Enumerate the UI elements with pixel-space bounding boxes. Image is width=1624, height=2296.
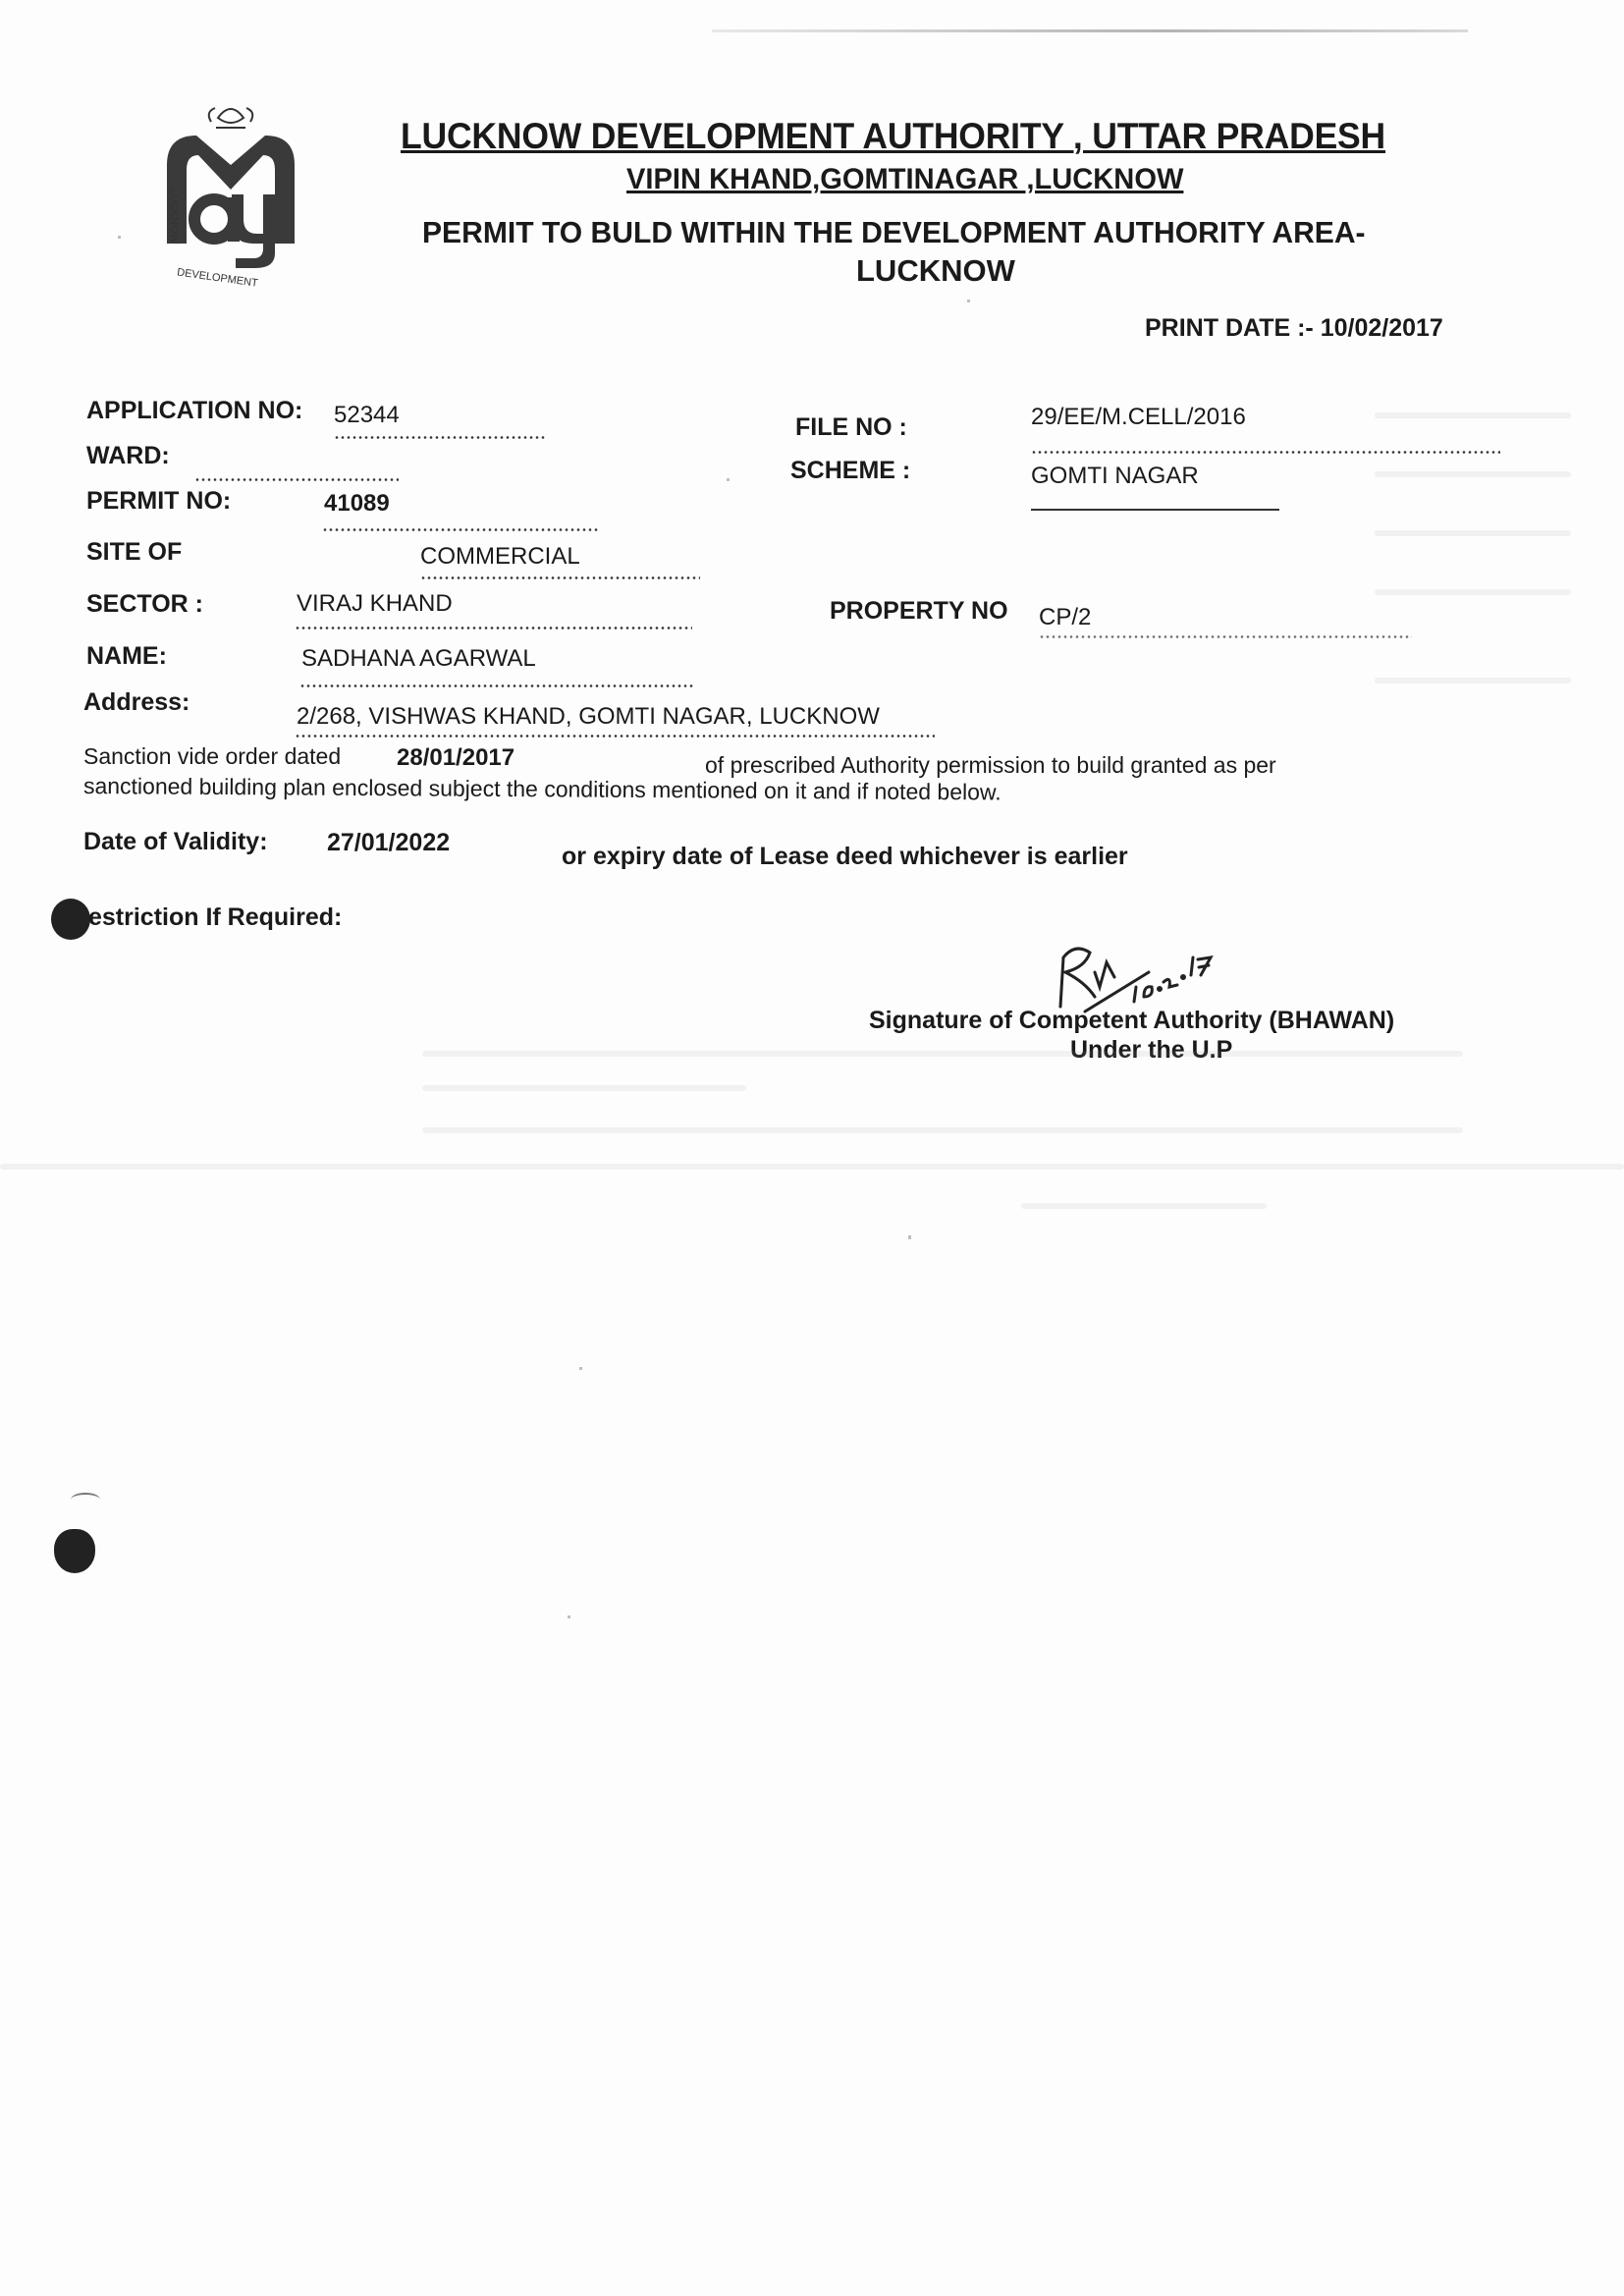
scheme-label: SCHEME : — [790, 457, 910, 485]
scan-speck — [967, 300, 970, 302]
print-date-value: 10/02/2017 — [1321, 314, 1443, 342]
scheme-underline — [1031, 509, 1279, 511]
permit-title-line2: LUCKNOW — [856, 253, 1015, 289]
sector-value: VIRAJ KHAND — [297, 590, 453, 618]
punch-hole-mark — [51, 899, 90, 940]
sanction-line2: sanctioned building plan enclosed subjec… — [83, 773, 1001, 806]
validity-note: or expiry date of Lease deed whichever i… — [562, 843, 1128, 871]
name-value: SADHANA AGARWAL — [301, 645, 536, 673]
svg-text:LUCKNOW: LUCKNOW — [168, 189, 180, 245]
scan-edge-line — [712, 29, 1468, 32]
file-no-value: 29/EE/M.CELL/2016 — [1031, 404, 1246, 431]
signature-caption: Signature of Competent Authority (BHAWAN… — [869, 1007, 1394, 1035]
property-no-underline — [1039, 635, 1412, 638]
property-no-label: PROPERTY NO — [830, 597, 1008, 626]
site-of-value: COMMERCIAL — [420, 543, 580, 571]
application-no-underline — [334, 436, 545, 439]
permit-no-value: 41089 — [324, 490, 390, 518]
validity-date: 27/01/2022 — [327, 829, 450, 857]
scan-speck — [579, 1367, 582, 1370]
sector-underline — [295, 627, 692, 629]
scan-speck — [568, 1615, 570, 1618]
application-no-label: APPLICATION NO: — [86, 397, 302, 425]
lda-emblem-icon: LUCKNOW DEVELOPMENT AUTHORITY — [137, 96, 324, 293]
permit-no-label: PERMIT NO: — [86, 487, 231, 516]
scheme-value: GOMTI NAGAR — [1031, 463, 1199, 490]
print-date: PRINT DATE :- 10/02/2017 — [1145, 314, 1443, 343]
address-value: 2/268, VISHWAS KHAND, GOMTI NAGAR, LUCKN… — [297, 703, 880, 731]
punch-hole-edge — [71, 1493, 100, 1506]
restriction-label: estriction If Required: — [88, 903, 342, 932]
print-date-label: PRINT DATE :- — [1145, 314, 1314, 342]
scan-speck — [727, 478, 730, 481]
scan-speck — [908, 1235, 911, 1239]
property-no-value: CP/2 — [1039, 604, 1091, 631]
permit-no-underline — [322, 528, 599, 531]
address-label: Address: — [83, 688, 189, 717]
site-of-underline — [420, 576, 700, 579]
ward-underline — [194, 478, 399, 481]
address-underline — [295, 735, 935, 738]
handwritten-signature-icon — [1046, 928, 1242, 1016]
file-no-underline — [1031, 451, 1500, 454]
svg-text:DEVELOPMENT: DEVELOPMENT — [176, 266, 258, 289]
name-underline — [299, 684, 694, 687]
sector-label: SECTOR : — [86, 590, 203, 619]
permit-title-line1: PERMIT TO BULD WITHIN THE DEVELOPMENT AU… — [422, 215, 1366, 250]
sanction-date: 28/01/2017 — [397, 744, 514, 772]
org-name-heading: LUCKNOW DEVELOPMENT AUTHORITY , UTTAR PR… — [401, 116, 1385, 157]
punch-hole-mark-lower — [54, 1529, 95, 1573]
validity-label: Date of Validity: — [83, 828, 268, 856]
sanction-prefix: Sanction vide order dated — [83, 743, 341, 770]
scan-speck — [118, 236, 121, 239]
application-no-value: 52344 — [334, 402, 400, 429]
name-label: NAME: — [86, 642, 167, 671]
site-of-label: SITE OF — [86, 538, 182, 567]
sanction-suffix: of prescribed Authority permission to bu… — [705, 752, 1276, 779]
file-no-label: FILE NO : — [795, 413, 907, 442]
ward-label: WARD: — [86, 442, 170, 470]
org-address-heading: VIPIN KHAND,GOMTINAGAR ,LUCKNOW — [626, 163, 1183, 196]
